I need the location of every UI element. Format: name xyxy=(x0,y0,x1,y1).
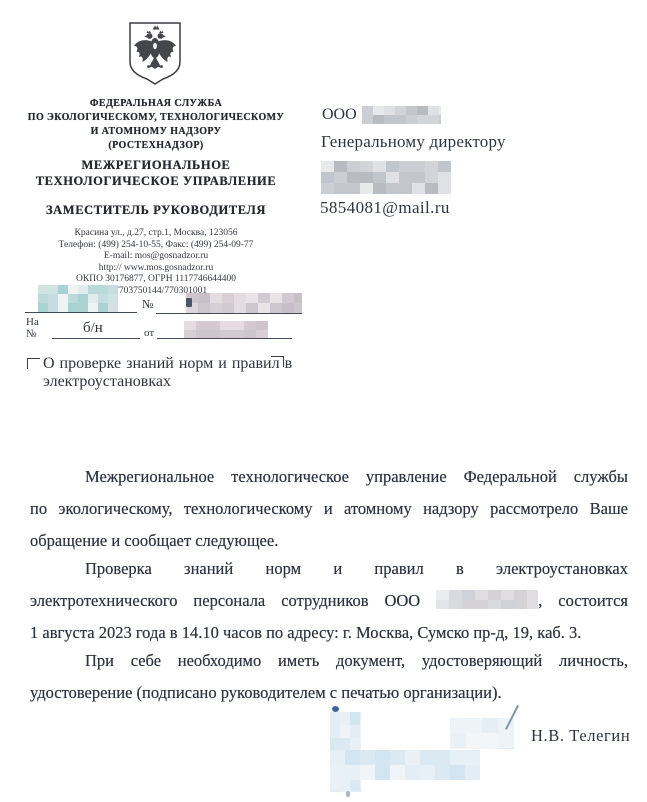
redaction-mosaic-outgoing-number xyxy=(186,293,302,313)
signer-title: ЗАМЕСТИТЕЛЬ РУКОВОДИТЕЛЯ xyxy=(18,203,294,218)
body-p1-line3: обращение и сообщает следующее. xyxy=(30,530,628,552)
redaction-mosaic-signature-band xyxy=(330,750,480,780)
bn-underline xyxy=(52,338,140,339)
redaction-dark-mark xyxy=(186,298,192,307)
redaction-mosaic-company-body xyxy=(436,590,538,609)
subject-bracket-left xyxy=(27,358,40,369)
agency-name-line3: И АТОМНОМУ НАДЗОРУ xyxy=(18,125,294,139)
agency-short-name: (РОСТЕХНАДЗОР) xyxy=(18,139,294,153)
department-line2: ТЕХНОЛОГИЧЕСКОЕ УПРАВЛЕНИЕ xyxy=(18,174,294,190)
ot-underline xyxy=(157,338,292,339)
redaction-mosaic-company xyxy=(362,106,441,124)
body-p2-line2-text: электротехнического персонала сотруднико… xyxy=(30,591,420,610)
body-p1-line2: по экологическому, технологическому и ат… xyxy=(30,498,628,520)
bn-value: б/н xyxy=(83,320,103,337)
letterhead: ФЕДЕРАЛЬНАЯ СЛУЖБА ПО ЭКОЛОГИЧЕСКОМУ, ТЕ… xyxy=(18,97,294,298)
recipient-company-prefix: ООО xyxy=(322,106,357,124)
recipient-email: 5854081@mail.ru xyxy=(320,198,450,218)
subject-line2: электроустановках xyxy=(43,373,171,391)
letterhead-email: E-mail: mos@gosnadzor.ru xyxy=(18,251,294,263)
agency-name-line2: ПО ЭКОЛОГИЧЕСКОМУ, ТЕХНОЛОГИЧЕСКОМУ xyxy=(18,111,294,125)
signer-name: Н.В. Телегин xyxy=(531,726,630,746)
redaction-mosaic-incoming-date xyxy=(184,321,268,338)
body-p2-line2-tail: , состоится xyxy=(538,591,628,610)
body-p3-line1: При себе необходимо иметь документ, удос… xyxy=(30,650,628,672)
body-p1-line1: Межрегиональное технологическое управлен… xyxy=(30,466,628,488)
subject-line1: О проверке знаний норм и правил в xyxy=(43,355,292,373)
recipient-role: Генеральному директору xyxy=(321,132,506,152)
redaction-mosaic-signature-right xyxy=(450,718,514,749)
number-underline xyxy=(156,313,302,314)
body-p2-line1: Проверка знаний норм и правил в электроу… xyxy=(30,558,628,580)
ot-label: от xyxy=(144,327,154,339)
redaction-mosaic-addressee xyxy=(321,161,451,194)
signature-speck xyxy=(346,791,350,797)
department-line1: МЕЖРЕГИОНАЛЬНОЕ xyxy=(18,158,294,174)
body-p2-line3: 1 августа 2023 года в 14.10 часов по адр… xyxy=(30,622,628,644)
letterhead-phone-fax: Телефон: (499) 254-10-55, Факс: (499) 25… xyxy=(18,240,294,252)
letterhead-address: Красина ул., д.27, стр.1, Москва, 123056 xyxy=(18,228,294,240)
number-sign: № xyxy=(142,297,153,312)
redaction-mosaic-inn xyxy=(38,285,118,312)
coat-of-arms-emblem xyxy=(126,21,184,85)
letterhead-website: http:// www.mos.gosnadzor.ru xyxy=(18,263,294,275)
body-p3-line2: удостоверение (подписано руководителем с… xyxy=(30,682,628,704)
body-p2-line2: электротехнического персонала сотруднико… xyxy=(30,590,628,612)
no-label: № xyxy=(26,328,37,340)
date-underline xyxy=(25,312,137,313)
agency-name-line1: ФЕДЕРАЛЬНАЯ СЛУЖБА xyxy=(18,97,294,111)
na-label: На xyxy=(26,316,39,328)
document-page: ФЕДЕРАЛЬНАЯ СЛУЖБА ПО ЭКОЛОГИЧЕСКОМУ, ТЕ… xyxy=(0,0,647,802)
